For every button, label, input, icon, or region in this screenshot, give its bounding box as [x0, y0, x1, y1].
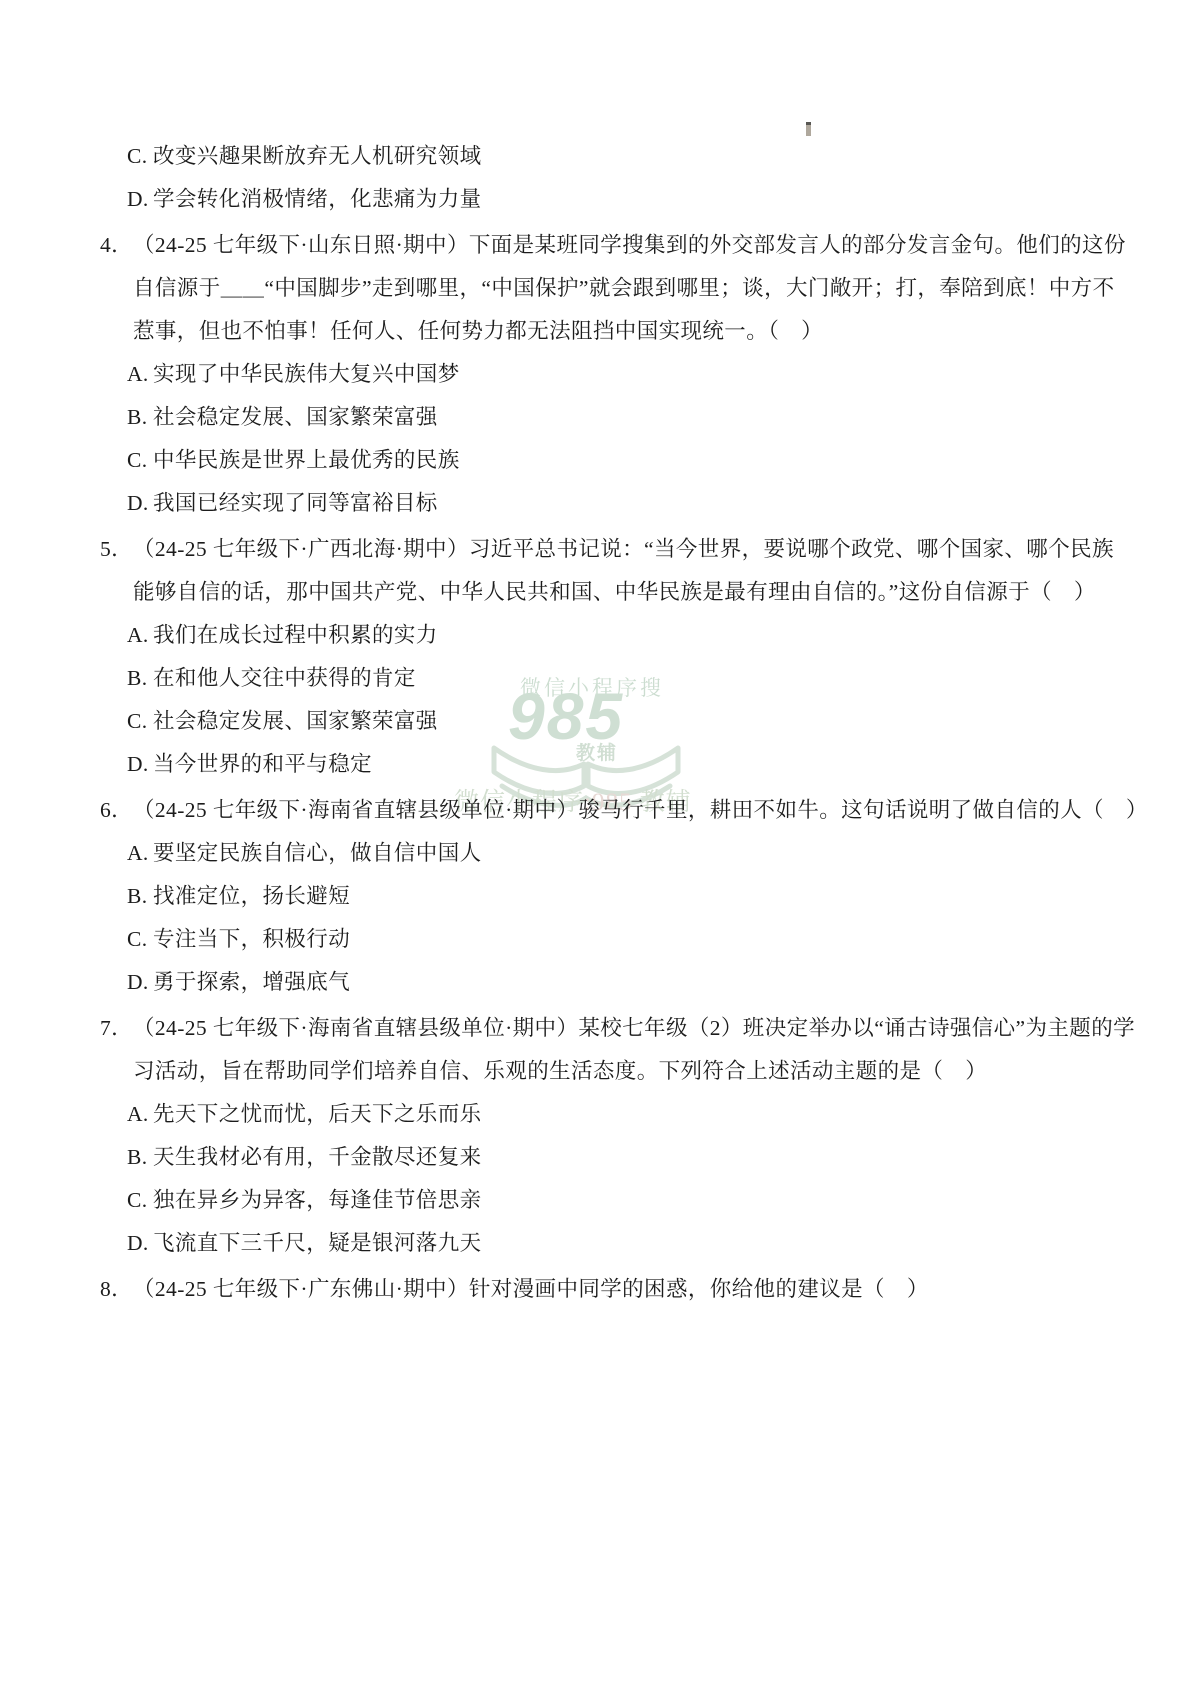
option-text: 学会转化消极情绪，化悲痛为力量 [153, 187, 482, 211]
option-text: 中华民族是世界上最优秀的民族 [153, 448, 460, 472]
option-letter: B. [127, 1136, 153, 1179]
option-text: 飞流直下三千尺，疑是银河落九天 [153, 1231, 482, 1255]
question-8: 8．（24-25 七年级下·广东佛山·期中）针对漫画中同学的困惑，你给他的建议是… [0, 1268, 1190, 1311]
option-letter: D. [127, 178, 153, 221]
option-line: A.实现了中华民族伟大复兴中国梦 [0, 353, 1190, 396]
question-stem-line: 5．（24-25 七年级下·广西北海·期中）习近平总书记说：“当今世界，要说哪个… [0, 528, 1190, 571]
option-line: B.天生我材必有用，千金散尽还复来 [0, 1136, 1190, 1179]
question-text: （24-25 七年级下·广东佛山·期中）针对漫画中同学的困惑，你给他的建议是（ … [133, 1277, 929, 1301]
question-number: 5． [100, 528, 133, 571]
option-line: C.中华民族是世界上最优秀的民族 [0, 439, 1190, 482]
option-line: D.勇于探索，增强底气 [0, 961, 1190, 1004]
option-line: A.先天下之忧而忧，后天下之乐而乐 [0, 1093, 1190, 1136]
option-text: 社会稳定发展、国家繁荣富强 [153, 709, 438, 733]
question-5: 5．（24-25 七年级下·广西北海·期中）习近平总书记说：“当今世界，要说哪个… [0, 528, 1190, 786]
option-line: D.当今世界的和平与稳定 [0, 743, 1190, 786]
question-stem-line: 惹事，但也不怕事！任何人、任何势力都无法阻挡中国实现统一。（ ） [0, 310, 1190, 353]
option-line: B.在和他人交往中获得的肯定 [0, 657, 1190, 700]
question-4: 4．（24-25 七年级下·山东日照·期中）下面是某班同学搜集到的外交部发言人的… [0, 224, 1190, 525]
option-line: A.我们在成长过程中积累的实力 [0, 614, 1190, 657]
option-text: 改变兴趣果断放弃无人机研究领域 [153, 144, 482, 168]
option-letter: C. [127, 1179, 153, 1222]
option-text: 社会稳定发展、国家繁荣富强 [153, 405, 438, 429]
question-stem-line: 7．（24-25 七年级下·海南省直辖县级单位·期中）某校七年级（2）班决定举办… [0, 1007, 1190, 1050]
option-text: 我们在成长过程中积累的实力 [153, 623, 438, 647]
option-letter: C. [127, 918, 153, 961]
question-text: （24-25 七年级下·海南省直辖县级单位·期中）某校七年级（2）班决定举办以“… [133, 1016, 1135, 1040]
question-text: （24-25 七年级下·海南省直辖县级单位·期中）骏马行千里，耕田不如牛。这句话… [133, 798, 1148, 822]
option-text: 我国已经实现了同等富裕目标 [153, 491, 438, 515]
option-letter: D. [127, 961, 153, 1004]
question-text: （24-25 七年级下·广西北海·期中）习近平总书记说：“当今世界，要说哪个政党… [133, 537, 1114, 561]
option-line: C.社会稳定发展、国家繁荣富强 [0, 700, 1190, 743]
option-line: C.专注当下，积极行动 [0, 918, 1190, 961]
option-line: D.我国已经实现了同等富裕目标 [0, 482, 1190, 525]
option-text: 天生我材必有用，千金散尽还复来 [153, 1145, 482, 1169]
question-7: 7．（24-25 七年级下·海南省直辖县级单位·期中）某校七年级（2）班决定举办… [0, 1007, 1190, 1265]
question-number: 6． [100, 789, 133, 832]
option-text: 实现了中华民族伟大复兴中国梦 [153, 362, 460, 386]
option-letter: A. [127, 1093, 153, 1136]
question-number: 7． [100, 1007, 133, 1050]
option-text: 在和他人交往中获得的肯定 [153, 666, 416, 690]
option-letter: B. [127, 396, 153, 439]
question-stem-line: 习活动，旨在帮助同学们培养自信、乐观的生活态度。下列符合上述活动主题的是（ ） [0, 1050, 1190, 1093]
option-text: 勇于探索，增强底气 [153, 970, 350, 994]
question-stem-line: 8．（24-25 七年级下·广东佛山·期中）针对漫画中同学的困惑，你给他的建议是… [0, 1268, 1190, 1311]
option-line: C.独在异乡为异客，每逢佳节倍思亲 [0, 1179, 1190, 1222]
option-line: D.学会转化消极情绪，化悲痛为力量 [0, 178, 1190, 221]
option-letter: B. [127, 875, 153, 918]
option-text: 要坚定民族自信心，做自信中国人 [153, 841, 482, 865]
option-text: 找准定位，扬长避短 [153, 884, 350, 908]
option-letter: C. [127, 135, 153, 178]
option-letter: A. [127, 832, 153, 875]
option-letter: D. [127, 743, 153, 786]
question-stem-line: 能够自信的话，那中国共产党、中华人民共和国、中华民族是最有理由自信的。”这份自信… [0, 571, 1190, 614]
option-letter: B. [127, 657, 153, 700]
option-line: D.飞流直下三千尺，疑是银河落九天 [0, 1222, 1190, 1265]
exam-content: C.改变兴趣果断放弃无人机研究领域 D.学会转化消极情绪，化悲痛为力量 4．（2… [0, 135, 1190, 1311]
question-number: 8． [100, 1268, 133, 1311]
option-letter: C. [127, 700, 153, 743]
scan-artifact [806, 122, 811, 136]
option-letter: D. [127, 1222, 153, 1265]
option-text: 专注当下，积极行动 [153, 927, 350, 951]
question-6: 6．（24-25 七年级下·海南省直辖县级单位·期中）骏马行千里，耕田不如牛。这… [0, 789, 1190, 1004]
option-text: 独在异乡为异客，每逢佳节倍思亲 [153, 1188, 482, 1212]
document-page: 微信小程序搜 985 教辅 微信小程序:985 教辅 C.改变兴趣果断放弃无人机… [0, 0, 1190, 1683]
previous-question-options: C.改变兴趣果断放弃无人机研究领域 D.学会转化消极情绪，化悲痛为力量 [0, 135, 1190, 221]
option-letter: A. [127, 614, 153, 657]
option-line: B.社会稳定发展、国家繁荣富强 [0, 396, 1190, 439]
option-line: A.要坚定民族自信心，做自信中国人 [0, 832, 1190, 875]
option-text: 先天下之忧而忧，后天下之乐而乐 [153, 1102, 482, 1126]
question-text: （24-25 七年级下·山东日照·期中）下面是某班同学搜集到的外交部发言人的部分… [133, 233, 1126, 257]
option-letter: D. [127, 482, 153, 525]
option-text: 当今世界的和平与稳定 [153, 752, 372, 776]
question-stem-line: 6．（24-25 七年级下·海南省直辖县级单位·期中）骏马行千里，耕田不如牛。这… [0, 789, 1190, 832]
question-stem-line: 自信源于＿＿“中国脚步”走到哪里，“中国保护”就会跟到哪里；谈，大门敞开；打，奉… [0, 267, 1190, 310]
option-letter: C. [127, 439, 153, 482]
option-line: C.改变兴趣果断放弃无人机研究领域 [0, 135, 1190, 178]
question-number: 4． [100, 224, 133, 267]
option-letter: A. [127, 353, 153, 396]
question-stem-line: 4．（24-25 七年级下·山东日照·期中）下面是某班同学搜集到的外交部发言人的… [0, 224, 1190, 267]
option-line: B.找准定位，扬长避短 [0, 875, 1190, 918]
